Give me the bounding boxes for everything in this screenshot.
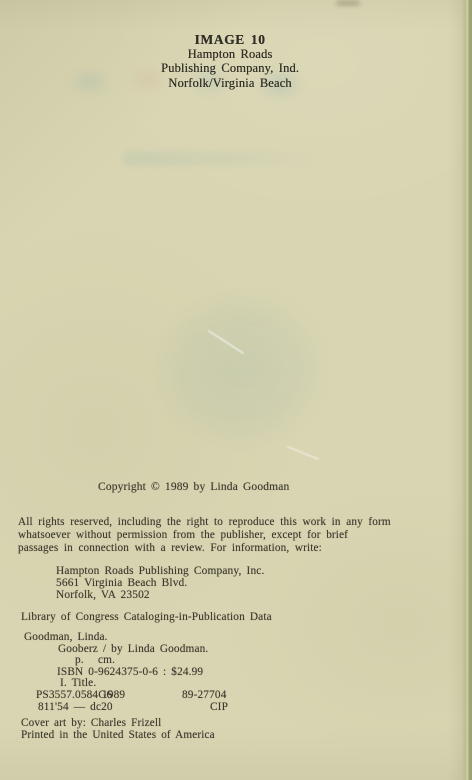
paper-scratch	[208, 330, 244, 354]
page-edge-strip	[448, 0, 472, 780]
paper-scratch	[287, 446, 319, 460]
cip-lc-card-number: 89-27704	[182, 689, 227, 701]
cip-title-entry: I. Title.	[60, 677, 96, 689]
address-company-line: Hampton Roads Publishing Company, Inc.	[56, 565, 265, 577]
loc-heading: Library of Congress Cataloging-in-Public…	[21, 611, 272, 623]
cip-author: Goodman, Linda.	[24, 631, 108, 643]
header-image-number: IMAGE 10	[0, 33, 460, 47]
cip-title-entry-line: I. Title.	[24, 677, 284, 689]
cover-art-credit-line: Cover art by: Charles Frizell	[21, 717, 161, 729]
publisher-header-block: IMAGE 10 Hampton Roads Publishing Compan…	[0, 33, 460, 90]
scan-smudge	[336, 0, 360, 6]
printed-in-line: Printed in the United States of America	[21, 729, 215, 741]
cip-year: 1989	[102, 689, 125, 701]
header-publisher-name: Hampton Roads	[0, 47, 460, 61]
cip-lc-call-number: PS3557.0584G6	[36, 689, 112, 701]
header-publisher-city: Norfolk/Virginia Beach	[0, 76, 460, 90]
cip-title-statement: Gooberz / by Linda Goodman.	[58, 643, 208, 655]
cip-label: CIP	[210, 701, 228, 713]
cip-data-block: Goodman, Linda. Gooberz / by Linda Goodm…	[24, 631, 284, 712]
rights-line: passages in connection with a review. Fo…	[18, 542, 391, 555]
cip-isbn-line: ISBN 0-9624375-0-6 : $24.99	[24, 666, 284, 678]
show-through-oval-ghost	[130, 266, 352, 472]
cip-size: cm.	[98, 654, 115, 666]
header-publisher-company: Publishing Company, Ind.	[0, 61, 460, 75]
cip-title-line: Gooberz / by Linda Goodman.	[24, 643, 284, 655]
cip-dewey-line: 811'54 — dc20 CIP	[24, 701, 284, 713]
rights-line: whatsoever without permission from the p…	[18, 529, 391, 542]
cip-collation-line: p. cm.	[24, 654, 284, 666]
address-street-line: 5661 Virginia Beach Blvd.	[56, 577, 265, 589]
address-city-line: Norfolk, VA 23502	[56, 589, 265, 601]
cip-author-line: Goodman, Linda.	[24, 631, 284, 643]
scanned-page: IMAGE 10 Hampton Roads Publishing Compan…	[0, 0, 472, 780]
cip-dewey-number: 811'54 — dc20	[38, 701, 113, 713]
rights-paragraph: All rights reserved, including the right…	[18, 516, 391, 556]
cip-call-number-line: PS3557.0584G6 1989 89-27704	[24, 689, 284, 701]
cip-isbn: ISBN 0-9624375-0-6 : $24.99	[57, 666, 203, 678]
show-through-subtitle-ghost	[122, 151, 320, 166]
copyright-line: Copyright © 1989 by Linda Goodman	[98, 481, 289, 493]
cip-pagination: p.	[75, 654, 84, 666]
rights-line: All rights reserved, including the right…	[18, 516, 391, 529]
publisher-address-block: Hampton Roads Publishing Company, Inc. 5…	[56, 565, 265, 602]
